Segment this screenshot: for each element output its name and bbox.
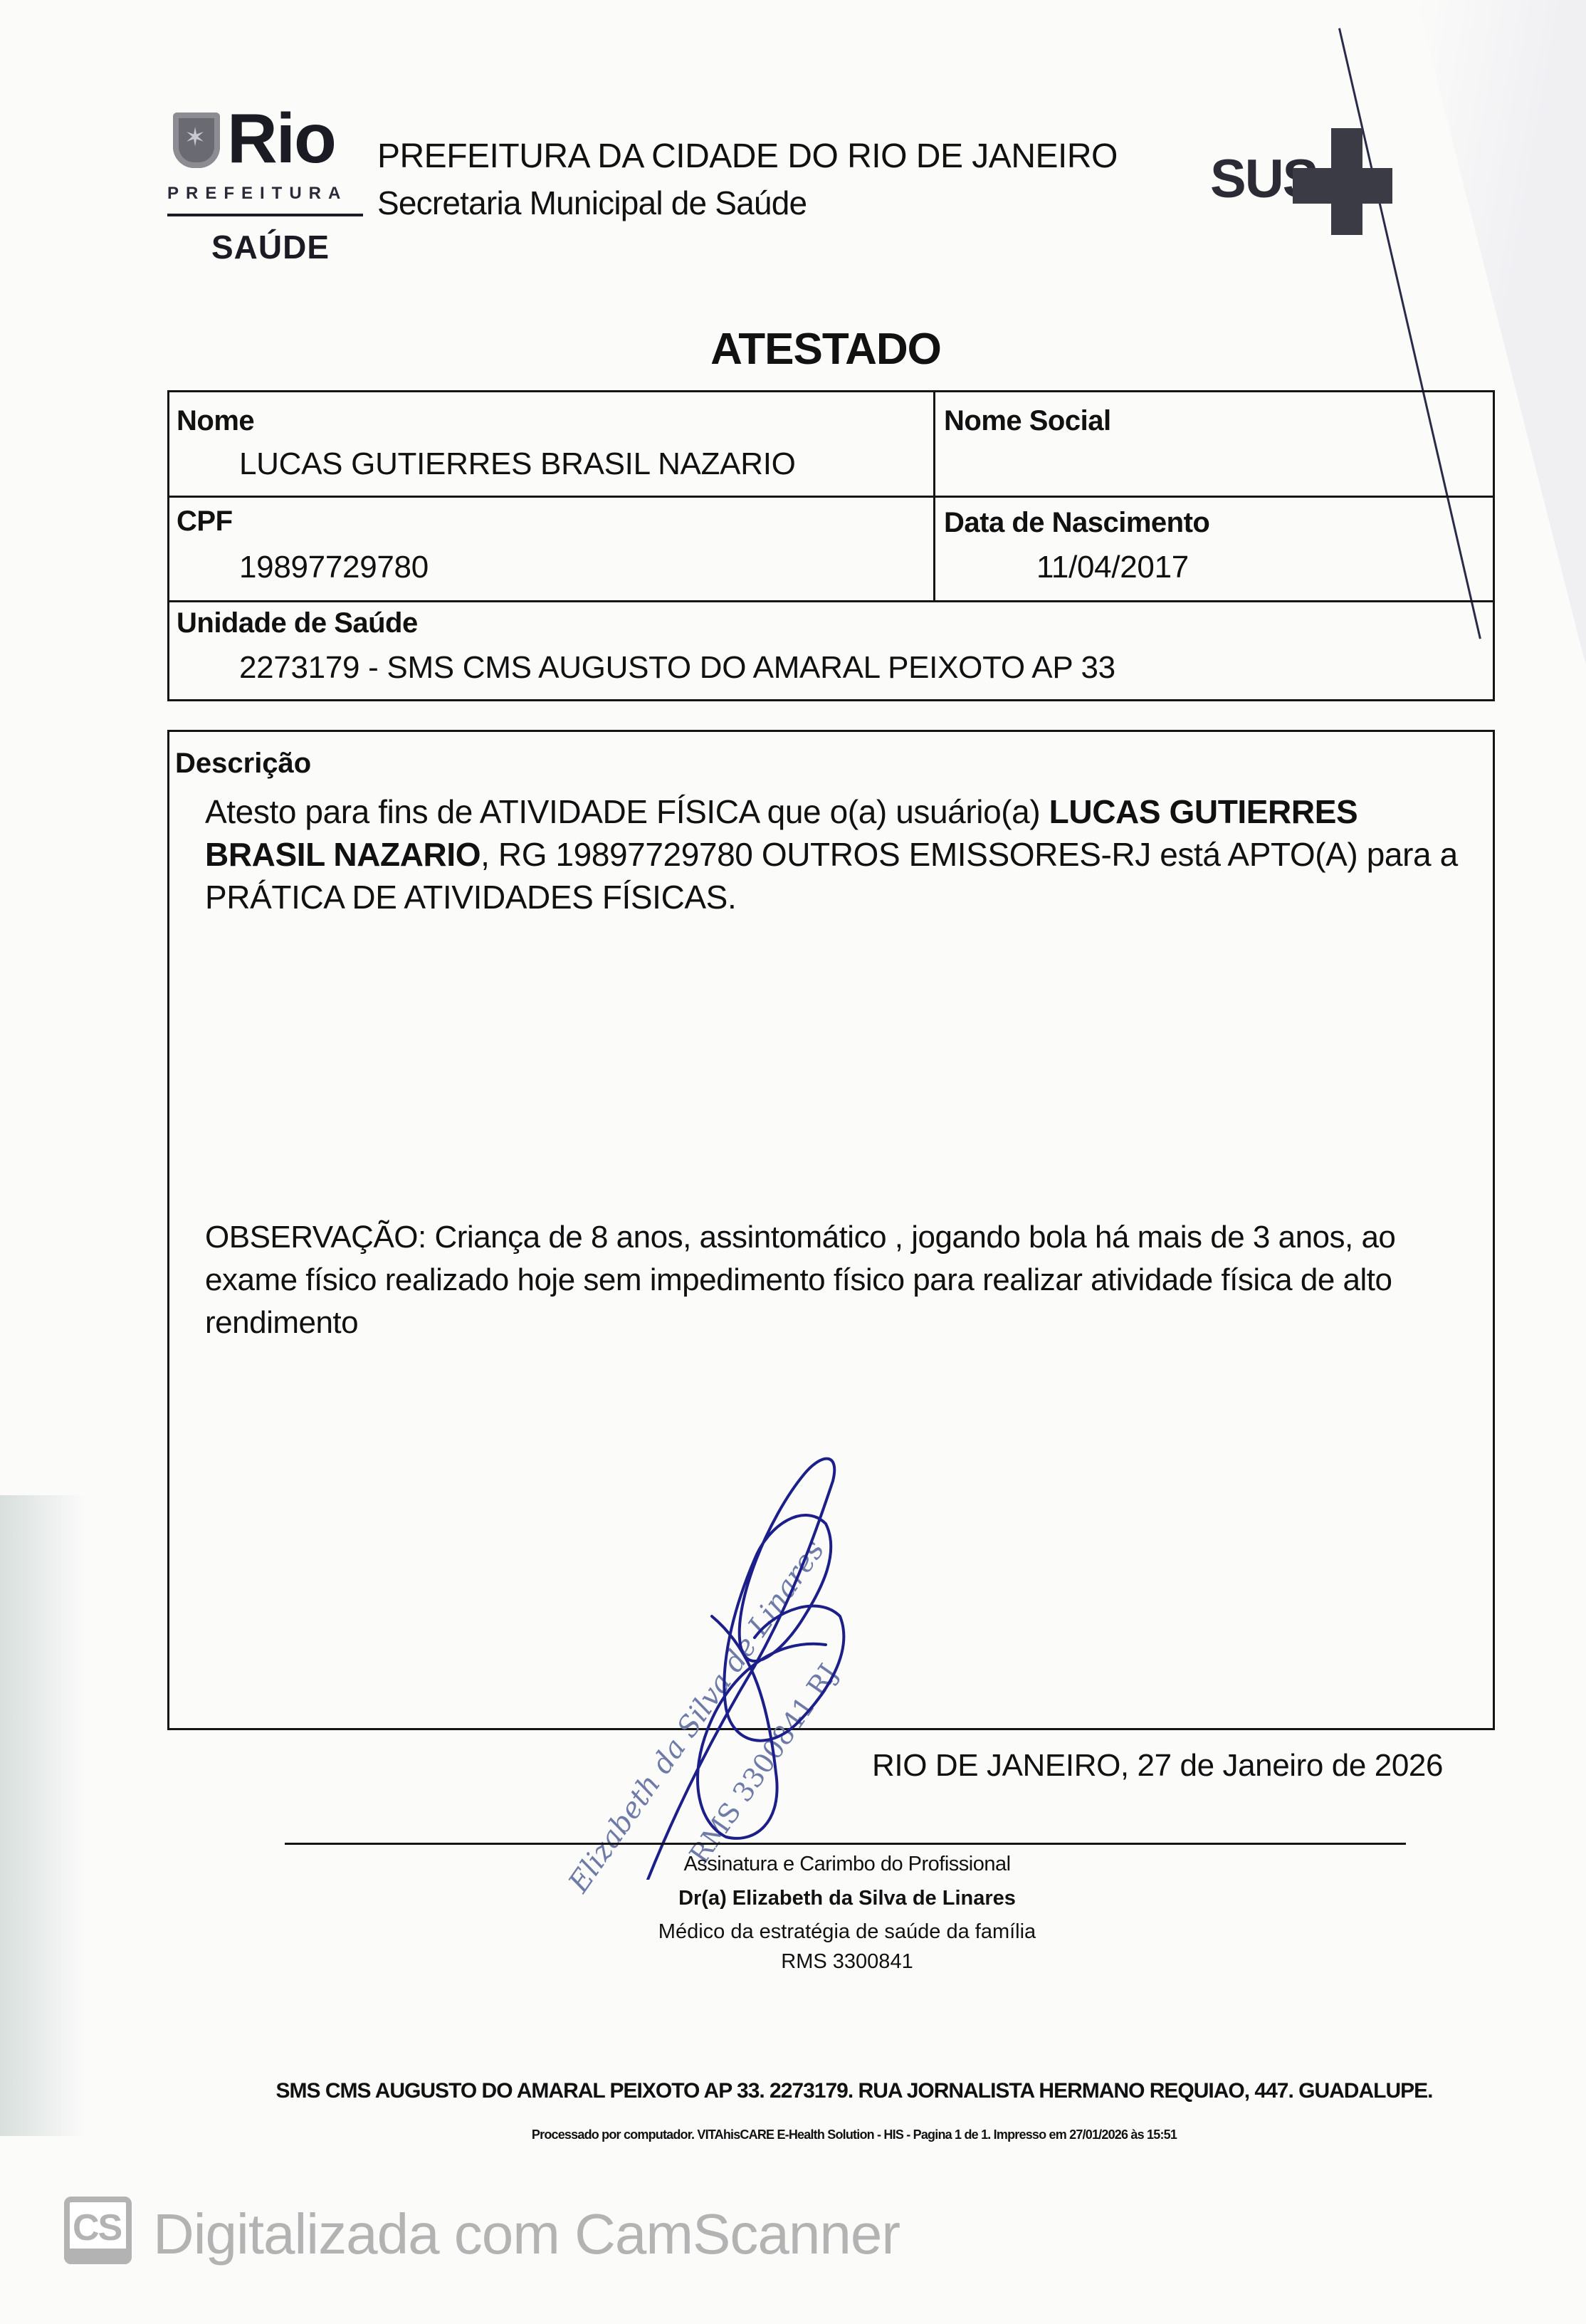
footer-processed: Processado por computador. VITAhisCARE E…	[0, 2127, 1586, 2142]
sus-logo: SUS	[1210, 128, 1409, 242]
header-title: PREFEITURA DA CIDADE DO RIO DE JANEIRO	[377, 137, 1118, 176]
doctor-rms: RMS 3300841	[562, 1947, 1132, 1977]
social-name-label: Nome Social	[944, 405, 1111, 437]
name-value: LUCAS GUTIERRES BRASIL NAZARIO	[239, 446, 796, 482]
header-subtitle: Secretaria Municipal de Saúde	[377, 184, 807, 222]
row-name: Nome LUCAS GUTIERRES BRASIL NAZARIO Nome…	[169, 392, 1493, 498]
footer-address: SMS CMS AUGUSTO DO AMARAL PEIXOTO AP 33.…	[0, 2079, 1586, 2103]
document-title: ATESTADO	[0, 324, 1586, 375]
observation-text: OBSERVAÇÃO: Criança de 8 anos, assintomá…	[205, 1216, 1486, 1344]
doctor-name: Dr(a) Elizabeth da Silva de Linares	[562, 1880, 1132, 1917]
description-text-part1: Atesto para fins de ATIVIDADE FÍSICA que…	[205, 793, 1049, 830]
camscanner-icon: CS	[64, 2197, 132, 2264]
logo-divider	[167, 214, 363, 216]
sus-cross-bar	[1293, 168, 1392, 204]
column-divider	[933, 392, 935, 600]
health-unit-value: 2273179 - SMS CMS AUGUSTO DO AMARAL PEIX…	[239, 650, 1115, 686]
birth-date-value: 11/04/2017	[1036, 550, 1189, 585]
camscanner-watermark: Digitalizada com CamScanner	[153, 2202, 900, 2267]
camscanner-badge-text: CS	[73, 2207, 121, 2249]
cpf-value: 19897729780	[239, 550, 429, 585]
scan-shadow	[0, 1495, 85, 2136]
logo-department: SAÚDE	[211, 228, 330, 266]
cpf-label: CPF	[177, 506, 233, 538]
place-date: RIO DE JANEIRO, 27 de Janeiro de 2026	[872, 1748, 1443, 1784]
signature-stamp: Elizabeth da Silva de Linares RMS 330084…	[541, 1438, 911, 1880]
rio-coat-of-arms-icon	[173, 112, 220, 168]
logo-prefeitura: PREFEITURA	[167, 184, 347, 204]
description-text: Atesto para fins de ATIVIDADE FÍSICA que…	[205, 790, 1472, 918]
row-cpf-birth: CPF 19897729780 Data de Nascimento 11/04…	[169, 496, 1493, 602]
signature-line	[285, 1843, 1406, 1845]
name-label: Nome	[177, 405, 254, 437]
prefeitura-rio-logo: Rio PREFEITURA SAÚDE	[167, 105, 367, 276]
handwritten-signature-icon	[541, 1438, 911, 1880]
patient-info-table: Nome LUCAS GUTIERRES BRASIL NAZARIO Nome…	[167, 390, 1495, 701]
health-unit-label: Unidade de Saúde	[177, 607, 418, 639]
signature-block: Assinatura e Carimbo do Profissional Dr(…	[562, 1848, 1132, 1977]
birth-date-label: Data de Nascimento	[944, 507, 1209, 539]
doctor-role: Médico da estratégia de saúde da família	[562, 1917, 1132, 1947]
logo-wordmark: Rio	[227, 98, 335, 179]
description-label: Descrição	[175, 748, 311, 780]
row-health-unit: Unidade de Saúde 2273179 - SMS CMS AUGUS…	[169, 600, 1493, 701]
signature-caption: Assinatura e Carimbo do Profissional	[562, 1848, 1132, 1880]
